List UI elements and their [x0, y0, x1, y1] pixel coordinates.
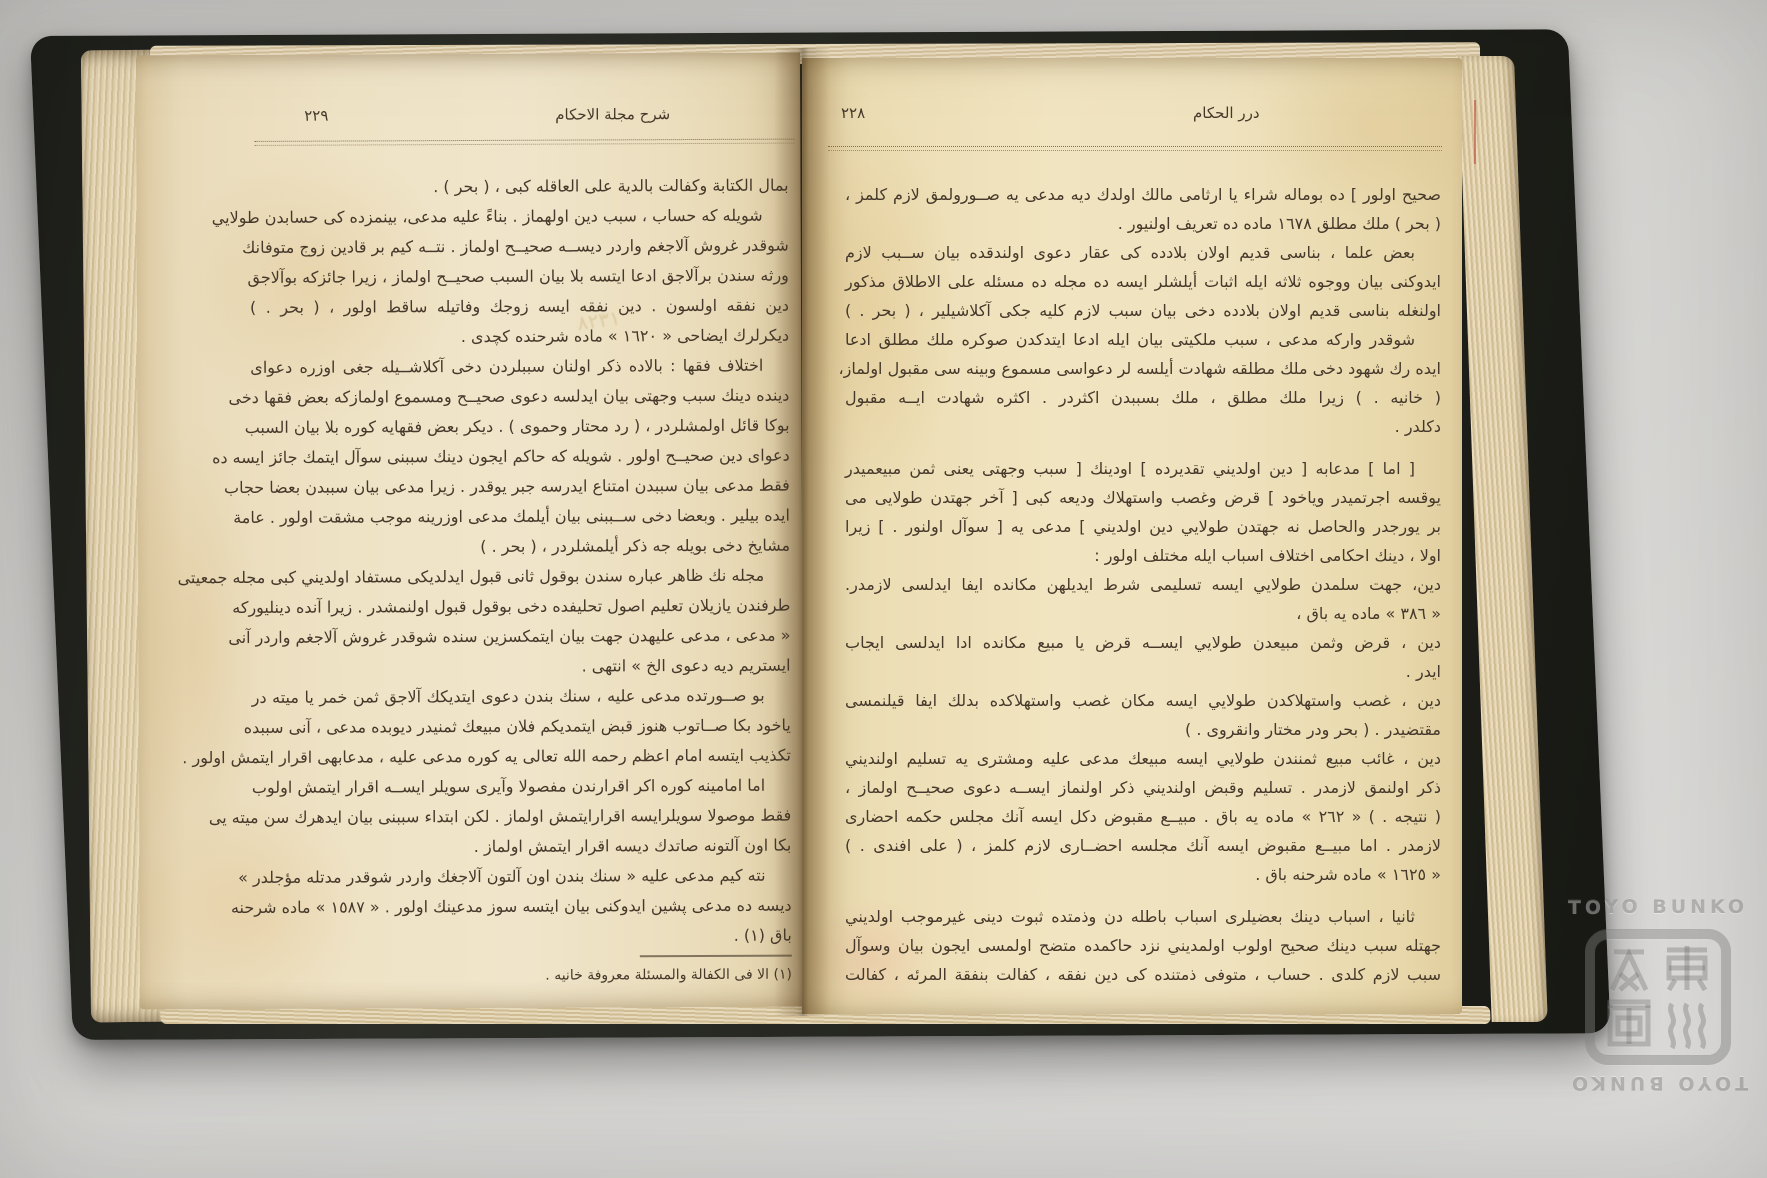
footnote-rule: [640, 955, 792, 958]
text-line: ( نتيجه . ) « ٢٦٢ » ماده يه باق . مبيــع…: [845, 802, 1441, 831]
text-line: شوقدر واركه مدعى ، سبب ملكيتى بيان ايله …: [845, 325, 1441, 354]
text-line: دينده دينك سبب وجهتى بيان ايدلسه دعوى صح…: [250, 381, 789, 413]
left-page: ٢٢٩ شرح مجلة الاحكام ٨٢٣١ بمال الكتابة و…: [136, 53, 804, 1010]
seal-glyph-ocean: [1671, 1004, 1704, 1048]
text-line: دين ، غصب واستهلاكدن طولايي ايسه مكان غص…: [845, 686, 1441, 715]
text-line: اولنغله بناسى قديم اولان بلادده دخى بيان…: [845, 296, 1441, 325]
text-line: فقط مدعى بيان سببدن امتناع ايدرسه جبر يو…: [251, 471, 790, 503]
footnote: (١) الا فى الكفالة والمسئلة معروفة خانيه…: [253, 967, 792, 985]
text-line: مجله نك ظاهر عباره سندن بوقول ثانى قبول …: [251, 561, 790, 593]
header-rule: [828, 146, 1442, 151]
text-line: دين نفقه اولسون . دين نفقه ايسه زوجك وفا…: [250, 291, 789, 323]
text-line: بو صــورتده مدعى عليه ، سنك بندن دعوى اي…: [252, 681, 791, 713]
text-line: بر يورجدر والحاصل نه جهتدن طولايي دين او…: [845, 512, 1441, 541]
text-line: سبب لازم كلدى . حساب ، متوفى ذمتنده كى د…: [845, 960, 1441, 989]
text-line: لازمدر . اما مبيــع مقبوض ايسه آنك مجلسه…: [845, 831, 1441, 860]
text-line: يوقسه اجرتميدر وياخود ] قرض وغصب واستهلا…: [845, 483, 1441, 512]
right-page: درر الحكام ٢٢٨ صحيح اولور ] ده بوماله شر…: [802, 58, 1462, 1014]
left-page-title: شرح مجلة الاحكام: [555, 105, 670, 124]
text-line: [ اما ] مدعابه [ دين اولديني تقديرده ] ا…: [845, 454, 1441, 483]
text-line: بكا اون آلتونه صاتدك ديسه اقرار ايتمش او…: [252, 831, 791, 863]
text-line: ثانيا ، اسباب دينك بعضيلرى اسباب باطله د…: [845, 902, 1441, 931]
text-line: ورثه سندن برآلاجق ادعا ايتسه بلا بيان ال…: [250, 261, 789, 293]
text-line: صحيح اولور ] ده بوماله شراء يا ارثامى ما…: [845, 180, 1441, 209]
text-line: « ١٦٢٥ » ماده شرحنه باق .: [845, 860, 1441, 889]
text-line: جهتله سبب دينك صحيح اولوب اولمديني نزد ح…: [845, 931, 1441, 960]
seal-glyph-repository: [1610, 1002, 1648, 1044]
right-page-text: صحيح اولور ] ده بوماله شراء يا ارثامى ما…: [845, 180, 1441, 989]
text-line: ايده رك شهود دخى ملك مطلقه شهادت أيلسه ل…: [845, 354, 1441, 383]
right-page-title: درر الحكام: [1193, 104, 1260, 122]
text-line: اختلاف فقها : بالاده ذكر اولنان سببلردن …: [250, 351, 789, 383]
photo-of-open-book: ٢٢٩ شرح مجلة الاحكام ٨٢٣١ بمال الكتابة و…: [0, 0, 1767, 1178]
text-line: مشايخ دخى بويله جه ذكر أيلمشلردر ، ( بحر…: [251, 531, 790, 563]
text-line: دين ، غائب مبيع ثمنندن طولايي ايسه مبيعك…: [845, 744, 1441, 773]
text-line: بمال الكتابة وكفالت بالدية على العاقله ك…: [249, 171, 788, 203]
text-line: شوقدر غروش آلاجغم واردر ديســه صحيــح او…: [250, 231, 789, 263]
text-line: ايده بيلير . وبعضا دخى ســببنى بيان أيلم…: [251, 501, 790, 533]
text-line: اولا ، دينك احكامى اختلاف اسباب ايله مخت…: [845, 541, 1441, 570]
text-line: « مدعى ، مدعى عليهدن جهت بيان ايتمكسزين …: [251, 621, 790, 653]
text-line: ديكرلرك ايضاحى « ١٦٢٠ » ماده شرحنده كچدى…: [250, 321, 789, 353]
seal-glyph-east: [1667, 946, 1707, 990]
header-rule: [254, 139, 794, 146]
text-line: دكلدر .: [845, 412, 1441, 441]
left-page-text: بمال الكتابة وكفالت بالدية على العاقله ك…: [249, 171, 791, 953]
text-line: ايدر .: [845, 657, 1441, 686]
text-line: نته كيم مدعى عليه « سنك بندن اون آلتون آ…: [252, 861, 791, 893]
text-line: ذكر اولنمق لازمدر . تسليم وقبض اولنديني …: [845, 773, 1441, 802]
text-line: ديسه ده مدعى پشين ايدوكنى بيان ايتسه سوز…: [253, 891, 792, 923]
text-line: دعواى دين صحيــح اولور . شويله كه حاكم ا…: [251, 441, 790, 473]
text-line: ايدوكنى بيان ووجوه ثلاثه ايله اثبات أيلش…: [845, 267, 1441, 296]
text-line: ياخود بكا صــاتوب هنوز قبض ايتمديكم فلان…: [252, 711, 791, 743]
red-edge-mark: [1474, 100, 1476, 164]
left-page-header: ٢٢٩ شرح مجلة الاحكام: [249, 105, 788, 133]
text-line: بعض علما ، بناسى قديم اولان بلادده كى عق…: [845, 238, 1441, 267]
text-line: « ٣٨٦ » ماده يه باق ،: [845, 599, 1441, 628]
right-page-header: درر الحكام ٢٢٨: [845, 104, 1441, 130]
text-line: تكذيب ايتسه امام اعظم رحمه الله تعالى يه…: [252, 741, 791, 773]
text-line: ( بحر ) ملك مطلق ١٦٧٨ ماده ده تعريف اولن…: [845, 209, 1441, 238]
text-line: طرفندن يازيلان تعليم اصول تحليفده دخى بو…: [251, 591, 790, 623]
text-line: دين ، قرض وثمن مبيعدن طولايي ايســه قرض …: [845, 628, 1441, 657]
text-line: شويله كه حساب ، سبب دين اولهماز . بناءً …: [250, 201, 789, 233]
text-line: باق (١) .: [253, 921, 792, 953]
toyo-bunko-label-bottom: TOYO BUNKO: [1560, 1072, 1756, 1094]
text-line: مقتضيدر . ( بحر ودر مختار وانقروى . ): [845, 715, 1441, 744]
text-line: ايستريم ديه دعوى الخ » انتهى .: [252, 651, 791, 683]
text-line: اما امامينه كوره اكر اقرارندن مفصولا وآي…: [252, 771, 791, 803]
right-page-number: ٢٢٨: [841, 104, 865, 122]
text-line: دين، جهت سلمدن طولايي ايسه تسليمى شرط اي…: [845, 570, 1441, 599]
text-line: فقط موصولا سويلرايسه اقرارايتمش اولماز .…: [252, 801, 791, 833]
text-line: ( خانيه . ) زيرا ملك مطلق ، ملك بسببدن ا…: [845, 383, 1441, 412]
text-line: بوكا قائل اولمشلردر ، ( رد محتار وحموى )…: [250, 411, 789, 443]
left-page-number: ٢٢٩: [304, 107, 328, 125]
seal-glyph-culture: [1612, 952, 1646, 990]
